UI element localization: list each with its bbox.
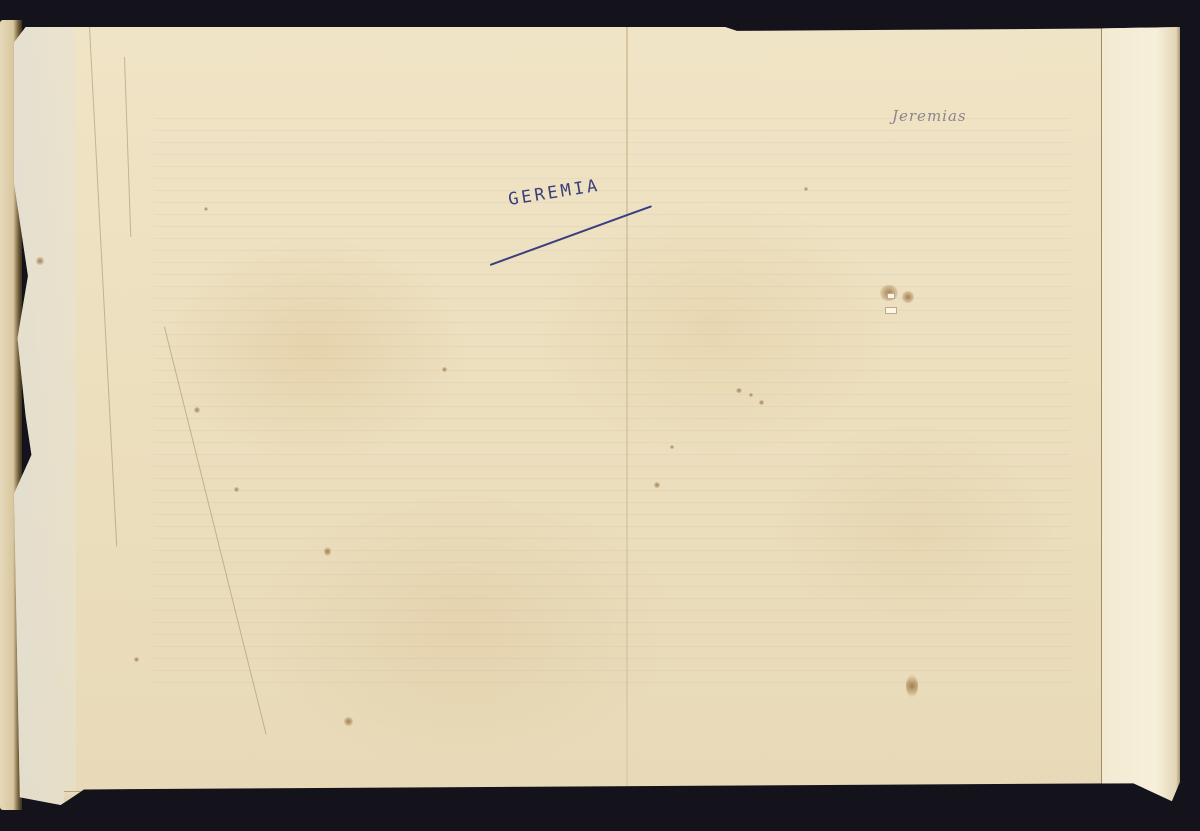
bottom-folded-edge xyxy=(64,791,1070,808)
foxing-spot xyxy=(204,207,208,211)
foxing-spot xyxy=(344,717,353,726)
foxing-spot xyxy=(906,675,918,697)
center-fold-line xyxy=(626,27,628,805)
left-mounting-strip xyxy=(14,27,76,805)
foxing-spot xyxy=(134,657,139,662)
foxing-spot xyxy=(759,400,764,405)
foxing-spot xyxy=(804,187,808,191)
diagonal-crease xyxy=(89,27,117,546)
foxing-spot xyxy=(749,393,753,397)
foxing-spot xyxy=(654,482,660,488)
foxing-spot xyxy=(442,367,447,372)
manuscript-scan: GEREMIA Jeremias xyxy=(0,0,1200,831)
foxing-spot xyxy=(234,487,239,492)
foxing-spot xyxy=(670,445,674,449)
foxing-spot xyxy=(902,291,914,303)
foxing-spot xyxy=(194,407,200,413)
faint-staff-rulings xyxy=(154,107,1070,685)
foxing-spot xyxy=(36,257,44,265)
paper-hole xyxy=(887,293,895,299)
foxing-spot xyxy=(736,388,742,393)
diagonal-crease xyxy=(124,57,131,237)
paper-hole xyxy=(885,307,897,314)
pencil-annotation: Jeremias xyxy=(892,107,967,125)
manuscript-page: GEREMIA Jeremias xyxy=(14,27,1180,805)
right-mounting-strip xyxy=(1101,27,1180,805)
foxing-spot xyxy=(324,547,331,556)
